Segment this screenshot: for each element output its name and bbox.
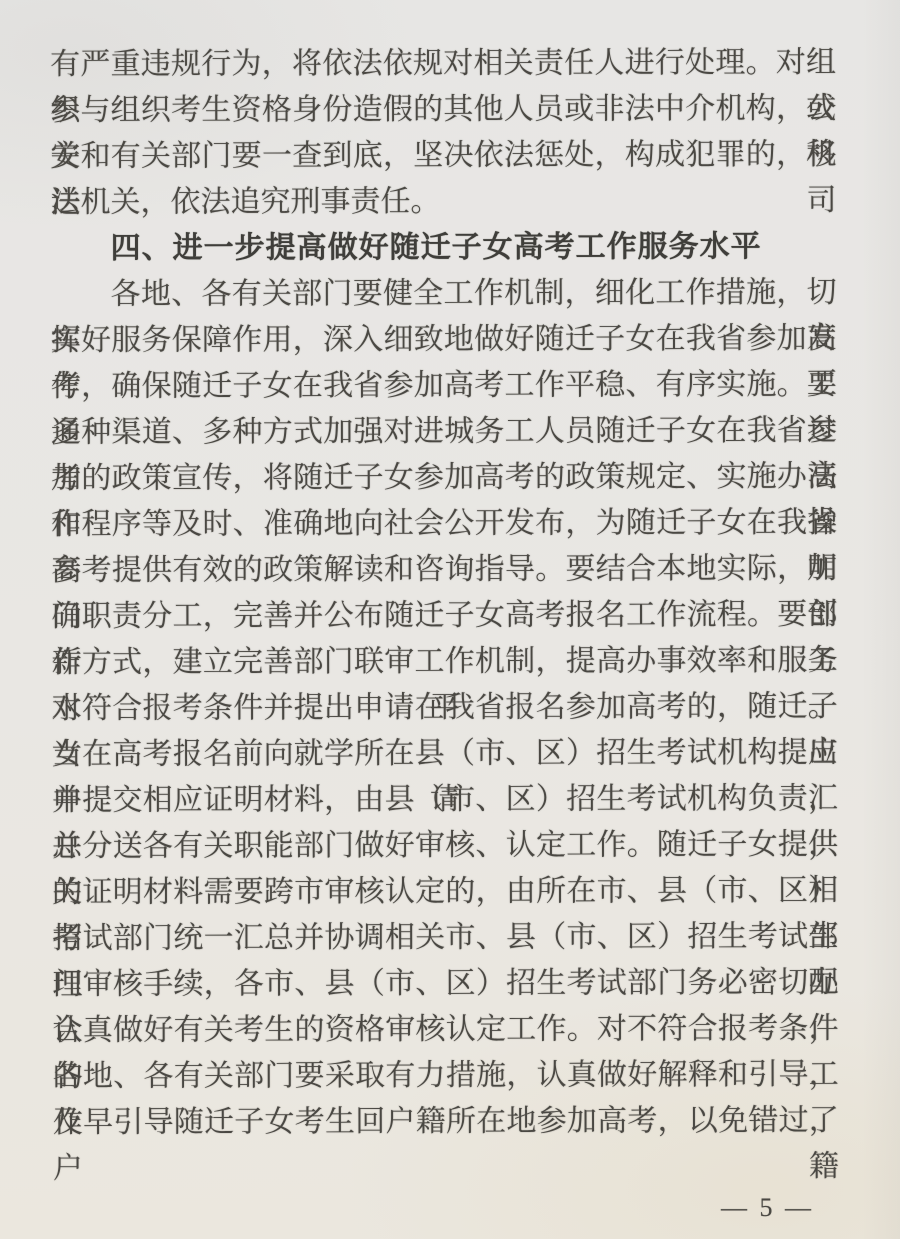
text-line: 及早引导随迁子女考生回户籍所在地参加高考，以免错过了户籍 — [53, 1098, 839, 1146]
text-line: 作程序等及时、准确地向社会公开发布，为随迁子女在我省参加 — [51, 500, 837, 548]
text-line: 各地、各有关部门要采取有力措施，认真做好解释和引导工作， — [53, 1052, 839, 1100]
page-number: — 5 — — [721, 1193, 814, 1223]
section-heading: 四、进一步提高做好随迁子女高考工作服务水平 — [50, 224, 836, 272]
text-line: 认真做好有关考生的资格审核认定工作。对不符合报考条件的， — [53, 1006, 839, 1054]
text-line: 理审核手续，各市、县（市、区）招生考试部门务必密切配合， — [52, 960, 838, 1008]
text-line: 高考提供有效的政策解读和咨询指导。要结合本地实际，明确部 — [51, 546, 837, 594]
text-line: 多种渠道、多种方式加强对进城务工人员随迁子女在我省参加高 — [51, 408, 837, 456]
text-line: 作方式，建立完善部门联审工作机制，提高办事效率和服务水平。 — [52, 638, 838, 686]
text-line: 对符合报考条件并提出申请在我省报名参加高考的，随迁子女应 — [52, 684, 838, 732]
text-line: 参与组织考生资格身份造假的其他人员或非法中介机构，公安机 — [50, 86, 836, 134]
text-line: 并分送各有关职能部门做好审核、认定工作。随迁子女提供的相 — [52, 822, 838, 870]
text-line: 考的政策宣传，将随迁子女参加高考的政策规定、实施办法和操 — [51, 454, 837, 502]
text-line: 各地、各有关部门要健全工作机制，细化工作措施，切实发 — [51, 270, 837, 318]
scanned-document-page: 有严重违规行为，将依法依规对相关责任人进行处理。对组织或参与组织考生资格身份造假… — [0, 0, 900, 1239]
text-line: 有严重违规行为，将依法依规对相关责任人进行处理。对组织或 — [50, 40, 836, 88]
text-line: 作，确保随迁子女在我省参加高考工作平稳、有序实施。要通过 — [51, 362, 837, 410]
document-text-block: 有严重违规行为，将依法依规对相关责任人进行处理。对组织或参与组织考生资格身份造假… — [50, 40, 839, 1146]
text-line: 挥好服务保障作用，深入细致地做好随迁子女在我省参加高考工 — [51, 316, 837, 364]
text-line: 关和有关部门要一查到底，坚决依法惩处，构成犯罪的，移送司 — [50, 132, 836, 180]
text-line: 当在高考报名前向就学所在县（市、区）招生考试机构提出申请， — [52, 730, 838, 778]
text-line: 关证明材料需要跨市审核认定的，由所在市、县（市、区）招生 — [52, 868, 838, 916]
text-line: 考试部门统一汇总并协调相关市、县（市、区）招生考试部门办 — [52, 914, 838, 962]
text-line: 门职责分工，完善并公布随迁子女高考报名工作流程。要创新工 — [51, 592, 837, 640]
text-line: 并提交相应证明材料，由县（市、区）招生考试机构负责汇总， — [52, 776, 838, 824]
